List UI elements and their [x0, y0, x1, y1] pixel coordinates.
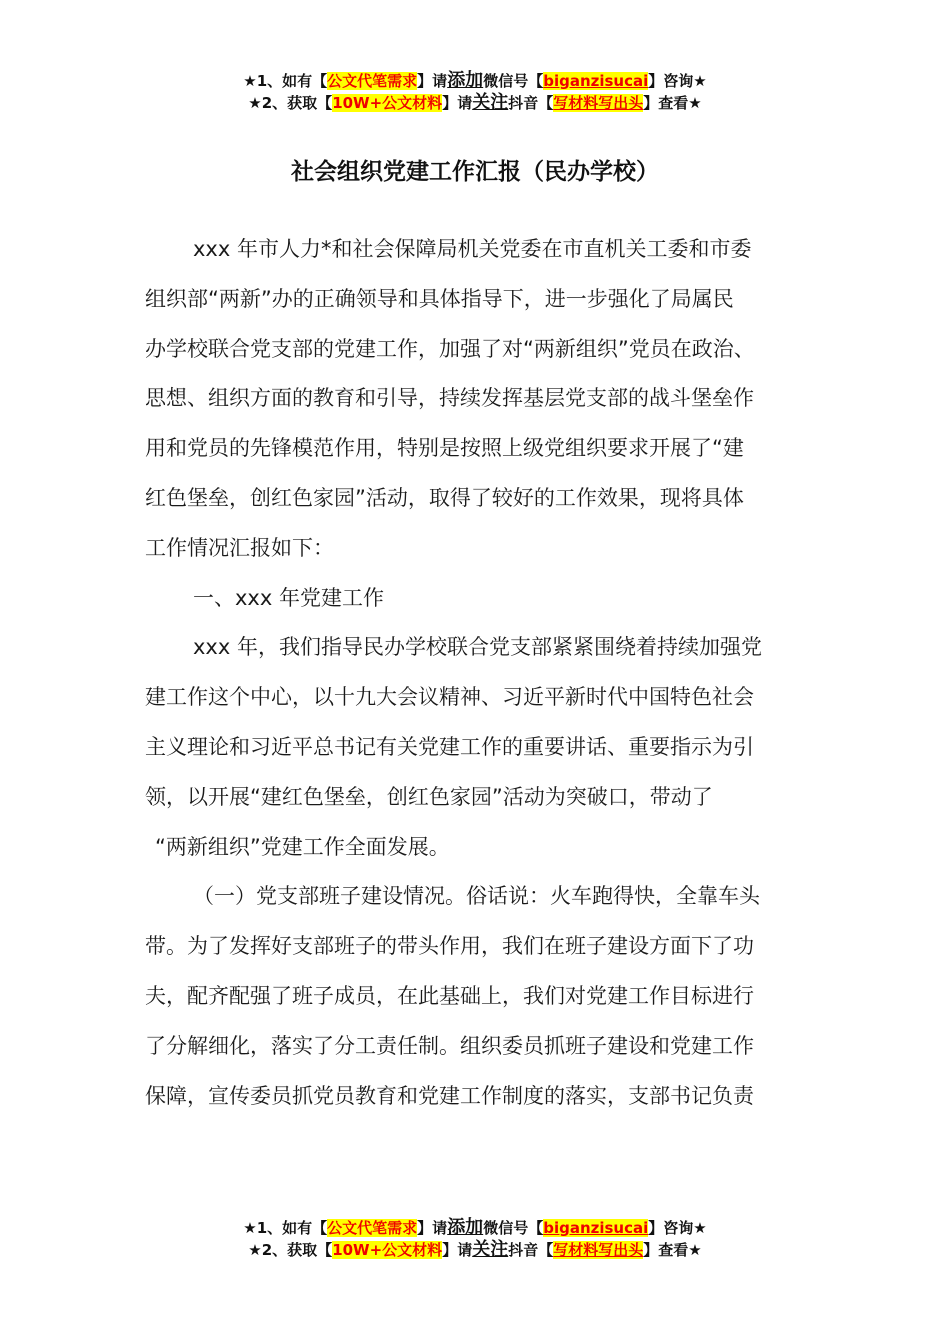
promo-text: 】请 — [417, 1219, 447, 1237]
promo-line-2: ★2、获取【10W+公文材料】请关注抖音【写材料写出头】查看★ — [0, 92, 950, 114]
promo-text: ★2、获取【 — [248, 1241, 332, 1259]
paragraph-line: 了分解细化，落实了分工责任制。组织委员抓班子建设和党建工作 — [145, 1022, 810, 1072]
highlight-service: 公文代笔需求 — [327, 1219, 417, 1237]
promo-text: 】咨询★ — [648, 72, 706, 90]
paragraph-line: 用和党员的先锋模范作用，特别是按照上级党组织要求开展了“建 — [145, 424, 810, 474]
emphasis-follow: 关注 — [472, 92, 508, 113]
promo-text: 】咨询★ — [648, 1219, 706, 1237]
paragraph-line: 夫，配齐配强了班子成员，在此基础上，我们对党建工作目标进行 — [145, 972, 810, 1022]
promo-text: 微信号【 — [483, 1219, 543, 1237]
paragraph-line: “两新组织”党建工作全面发展。 — [145, 823, 810, 873]
highlight-service: 公文代笔需求 — [327, 72, 417, 90]
emphasis-follow: 关注 — [472, 1239, 508, 1260]
promo-text: 微信号【 — [483, 72, 543, 90]
promo-text: 】请 — [442, 1241, 472, 1259]
promo-text: 抖音【 — [508, 94, 553, 112]
paragraph-line: 办学校联合党支部的党建工作，加强了对“两新组织”党员在政治、 — [145, 325, 810, 375]
promo-line-1: ★1、如有【公文代笔需求】请添加微信号【biganzisucai】咨询★ — [0, 70, 950, 92]
document-title: 社会组织党建工作汇报（民办学校） — [0, 154, 950, 190]
paragraph-line: 红色堡垒，创红色家园”活动，取得了较好的工作效果，现将具体 — [145, 474, 810, 524]
emphasis-add: 添加 — [447, 1217, 483, 1238]
promo-banner-top: ★1、如有【公文代笔需求】请添加微信号【biganzisucai】咨询★ ★2、… — [0, 70, 950, 114]
paragraph-line: 带。为了发挥好支部班子的带头作用，我们在班子建设方面下了功 — [145, 922, 810, 972]
promo-line-2: ★2、获取【10W+公文材料】请关注抖音【写材料写出头】查看★ — [0, 1239, 950, 1261]
paragraph-line: xxx 年市人力*和社会保障局机关党委在市直机关工委和市委 — [145, 225, 810, 275]
promo-line-1: ★1、如有【公文代笔需求】请添加微信号【biganzisucai】咨询★ — [0, 1217, 950, 1239]
paragraph-line: 主义理论和习近平总书记有关党建工作的重要讲话、重要指示为引 — [145, 723, 810, 773]
subsection-paragraph-line: （一）党支部班子建设情况。俗话说：火车跑得快，全靠车头 — [145, 872, 810, 922]
highlight-materials: 10W+公文材料 — [332, 94, 442, 112]
promo-text: 】查看★ — [643, 94, 701, 112]
promo-text: ★1、如有【 — [243, 1219, 327, 1237]
paragraph-line: 保障，宣传委员抓党员教育和党建工作制度的落实，支部书记负责 — [145, 1072, 810, 1122]
promo-text: 】请 — [442, 94, 472, 112]
highlight-materials: 10W+公文材料 — [332, 1241, 442, 1259]
paragraph-line: 思想、组织方面的教育和引导，持续发挥基层党支部的战斗堡垒作 — [145, 374, 810, 424]
paragraph-line: xxx 年，我们指导民办学校联合党支部紧紧围绕着持续加强党 — [145, 623, 810, 673]
douyin-account-link[interactable]: 写材料写出头 — [553, 1241, 643, 1259]
document-body: xxx 年市人力*和社会保障局机关党委在市直机关工委和市委 组织部“两新”办的正… — [145, 225, 810, 1121]
promo-banner-bottom: ★1、如有【公文代笔需求】请添加微信号【biganzisucai】咨询★ ★2、… — [0, 1217, 950, 1261]
promo-text: 】查看★ — [643, 1241, 701, 1259]
paragraph-line: 领，以开展“建红色堡垒，创红色家园”活动为突破口，带动了 — [145, 773, 810, 823]
emphasis-add: 添加 — [447, 70, 483, 91]
douyin-account-link[interactable]: 写材料写出头 — [553, 94, 643, 112]
promo-text: ★1、如有【 — [243, 72, 327, 90]
paragraph-line: 组织部“两新”办的正确领导和具体指导下，进一步强化了局属民 — [145, 275, 810, 325]
promo-text: 】请 — [417, 72, 447, 90]
wechat-id-link[interactable]: biganzisucai — [543, 1219, 648, 1237]
section-heading: 一、xxx 年党建工作 — [145, 574, 810, 624]
paragraph-line: 工作情况汇报如下： — [145, 524, 810, 574]
promo-text: ★2、获取【 — [248, 94, 332, 112]
wechat-id-link[interactable]: biganzisucai — [543, 72, 648, 90]
paragraph-line: 建工作这个中心，以十九大会议精神、习近平新时代中国特色社会 — [145, 673, 810, 723]
promo-text: 抖音【 — [508, 1241, 553, 1259]
